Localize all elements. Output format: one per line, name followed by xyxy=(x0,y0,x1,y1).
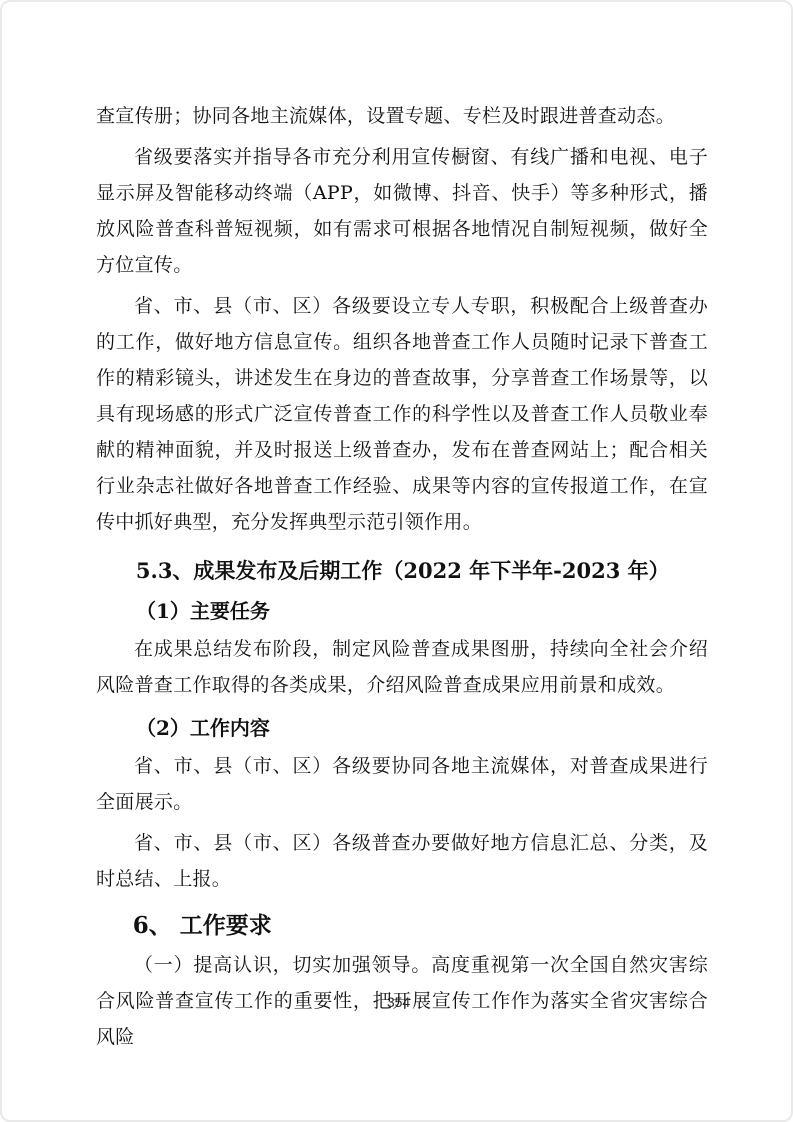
paragraph-province-guidance: 省级要落实并指导各市充分利用宣传橱窗、有线广播和电视、电子显示屏及智能移动终端（… xyxy=(96,139,708,283)
document-body: 查宣传册；协同各地主流媒体，设置专题、专栏及时跟进普查动态。 省级要落实并指导各… xyxy=(96,98,708,1055)
paragraph-info-report: 省、市、县（市、区）各级普查办要做好地方信息汇总、分类，及时总结、上报。 xyxy=(96,825,708,897)
paragraph-media-display: 省、市、县（市、区）各级要协同各地主流媒体，对普查成果进行全面展示。 xyxy=(96,748,708,820)
subsection-heading-work-content: （2）工作内容 xyxy=(96,714,708,742)
paragraph-continuation: 查宣传册；协同各地主流媒体，设置专题、专栏及时跟进普查动态。 xyxy=(96,98,708,134)
subsection-heading-main-tasks: （1）主要任务 xyxy=(96,597,708,625)
page-number: 354 xyxy=(2,994,793,1010)
paragraph-local-publicity: 省、市、县（市、区）各级要设立专人专职，积极配合上级普查办的工作，做好地方信息宣… xyxy=(96,288,708,540)
chapter-heading-work-requirements: 6、 工作要求 xyxy=(96,910,708,942)
paragraph-main-tasks: 在成果总结发布阶段，制定风险普查成果图册，持续向全社会介绍风险普查工作取得的各类… xyxy=(96,631,708,703)
document-page: 查宣传册；协同各地主流媒体，设置专题、专栏及时跟进普查动态。 省级要落实并指导各… xyxy=(0,0,793,1122)
section-heading-5-3: 5.3、成果发布及后期工作（2022 年下半年-2023 年） xyxy=(96,556,708,586)
